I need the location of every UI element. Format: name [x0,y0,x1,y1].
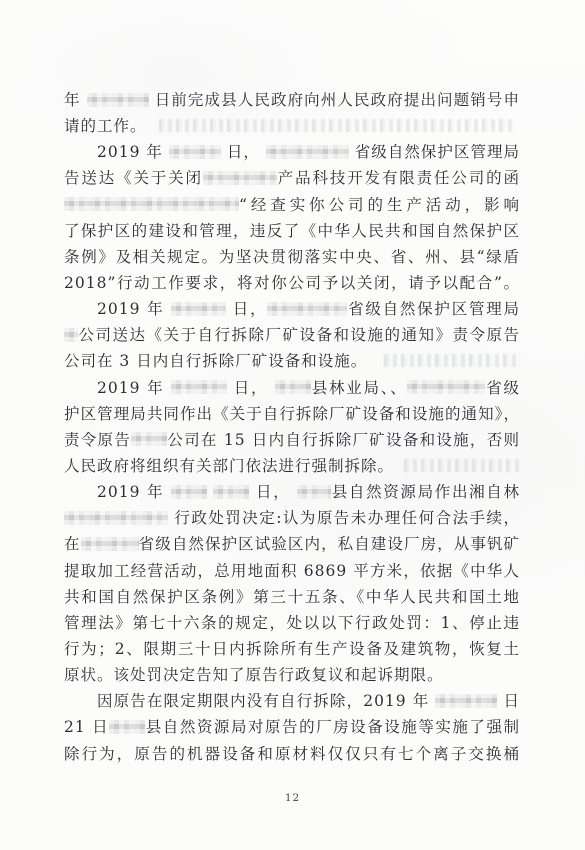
bleedthrough-ghost [404,459,520,472]
text-line: 提取加工经营活动，总用地面积 6869 平方米，依据《中华人民 [64,558,520,584]
redaction-block [109,720,145,734]
text-line: “经查实你公司的生产活动，影响 [64,192,520,218]
line-text: 2019 年 [97,483,171,501]
line-text: 日， [227,379,275,397]
redaction-block [64,197,239,211]
text-line: 因原告在限定期限内没有自行拆除，2019 年 日至 [64,688,520,714]
line-text: 日， [221,143,266,161]
line-text: 因原告在限定期限内没有自行拆除，2019 年 [97,692,435,710]
redaction-block [81,537,139,551]
redaction-block [87,93,149,107]
line-text [207,483,214,501]
text-line: 行为；2、限期三十日内拆除所有生产设备及建筑物，恢复土地 [64,636,520,662]
text-line: 责令原告公司在 15 日内自行拆除厂矿设备和设施，否则县 [64,427,520,453]
text-line: 告送达《关于关闭产品科技开发有限责任公司的函 [64,165,520,191]
line-text: 管理法》第七十六条的规定，处以以下行政处罚：1、停止违法 [64,614,520,636]
line-text: 请的工作。 [64,117,147,135]
line-text: 年 [64,91,87,109]
redaction-block [171,380,227,394]
line-text: “经查实你公司的生产活动，影响 [239,196,520,214]
text-line: 原状。该处罚决定告知了原告行政复议和起诉期限。 [64,662,520,688]
line-text: 公司在 3 日内自行拆除厂矿设备和设施。 [64,352,367,370]
text-line: 2018”行动工作要求，将对你公司予以关闭，请予以配合”。 [64,270,520,296]
text-line: 除行为，原告的机器设备和原材料仅仅只有七个离子交换桶（5 [64,741,520,767]
line-text: 条例》及相关规定。为坚决贯彻落实中央、省、州、县“绿盾 [64,248,520,266]
text-line: 公司在 3 日内自行拆除厂矿设备和设施。 [64,348,520,374]
text-line: 行政处罚决定:认为原告未办理任何合法手续， [64,505,520,531]
text-line: 2019 年 日， 县林业局、、省级自然保 [64,375,520,401]
text-line: 管理法》第七十六条的规定，处以以下行政处罚：1、停止违法 [64,610,520,636]
line-text: 告送达《关于关闭 [64,169,203,187]
line-text: 了保护区的建设和管理，违反了《中华人民共和国自然保护区 [64,222,520,240]
line-text: 2018”行动工作要求，将对你公司予以关闭，请予以配合”。 [64,274,520,292]
line-text: 行为；2、限期三十日内拆除所有生产设备及建筑物，恢复土地 [64,640,520,662]
redaction-block [267,302,347,316]
redaction-block [297,485,331,499]
text-line: 2019 年 日， 省级自然保护区管理局向原 [64,139,520,165]
line-text: 责令原告 [64,431,131,449]
line-text: 护区管理局共同作出《关于自行拆除厂矿设备和设施的通知》， [64,405,520,423]
redaction-block [64,328,78,342]
line-text: 人民政府将组织有关部门依法进行强制拆除。 [64,457,394,475]
redaction-block [64,511,168,525]
line-text: 日， [249,483,297,501]
bleedthrough-ghost [384,354,520,367]
text-block: 年 日前完成县人民政府向州人民政府提出问题销号申请的工作。2019 年 日， 省… [64,87,520,767]
line-text: 公司送达《关于自行拆除厂矿设备和设施的通知》责令原告 [78,326,520,344]
line-text: 县林业局、、 [311,379,408,397]
line-text: 省级自然保护区试验区内，私自建设厂房，从事钒矿 [139,535,520,553]
line-text: 2019 年 [97,143,169,161]
line-text: 原状。该处罚决定告知了原告行政复议和起诉期限。 [64,666,444,684]
text-line: 共和国自然保护区条例》第三十五条、《中华人民共和国土地 [64,584,520,610]
line-text: 产品科技开发有限责任公司的函 [277,169,520,187]
line-text: 2019 年 [97,379,171,397]
document-page: 年 日前完成县人民政府向州人民政府提出问题销号申请的工作。2019 年 日， 省… [0,0,585,850]
line-text: 除行为，原告的机器设备和原材料仅仅只有七个离子交换桶（5 [64,745,520,767]
text-line: 请的工作。 [64,113,520,139]
bleedthrough-ghost [159,119,514,132]
redaction-block [169,145,221,159]
text-line: 21 日县自然资源局对原告的厂房设备设施等实施了强制拆 [64,714,520,740]
redaction-block [407,380,485,394]
redaction-block [213,485,249,499]
line-text: 在 [64,535,81,553]
text-line: 2019 年 日，省级自然保护区管理局向 [64,296,520,322]
text-line: 公司送达《关于自行拆除厂矿设备和设施的通知》责令原告 [64,322,520,348]
text-line: 年 日前完成县人民政府向州人民政府提出问题销号申 [64,87,520,113]
text-line: 2019 年 日， 县自然资源局作出湘自林罚决字 [64,479,520,505]
line-text: 日前完成县人民政府向州人民政府提出问题销号申 [149,91,520,109]
redaction-block [171,302,226,316]
text-line: 了保护区的建设和管理，违反了《中华人民共和国自然保护区 [64,218,520,244]
line-text: 2019 年 [97,300,171,318]
line-text: 行政处罚决定:认为原告未办理任何合法手续， [168,509,520,527]
line-text: 共和国自然保护区条例》第三十五条、《中华人民共和国土地 [64,588,520,606]
redaction-block [435,694,497,708]
redaction-block [266,145,349,159]
line-text: 21 日 [64,718,109,736]
redaction-block [203,171,277,185]
redaction-block [171,485,207,499]
redaction-block [131,432,167,446]
page-number: 12 [0,792,585,804]
text-line: 在省级自然保护区试验区内，私自建设厂房，从事钒矿 [64,531,520,557]
text-line: 人民政府将组织有关部门依法进行强制拆除。 [64,453,520,479]
text-line: 条例》及相关规定。为坚决贯彻落实中央、省、州、县“绿盾 [64,244,520,270]
line-text: 日， [226,300,267,318]
line-text: 提取加工经营活动，总用地面积 6869 平方米，依据《中华人民 [64,562,520,584]
text-line: 护区管理局共同作出《关于自行拆除厂矿设备和设施的通知》， [64,401,520,427]
redaction-block [275,380,311,394]
